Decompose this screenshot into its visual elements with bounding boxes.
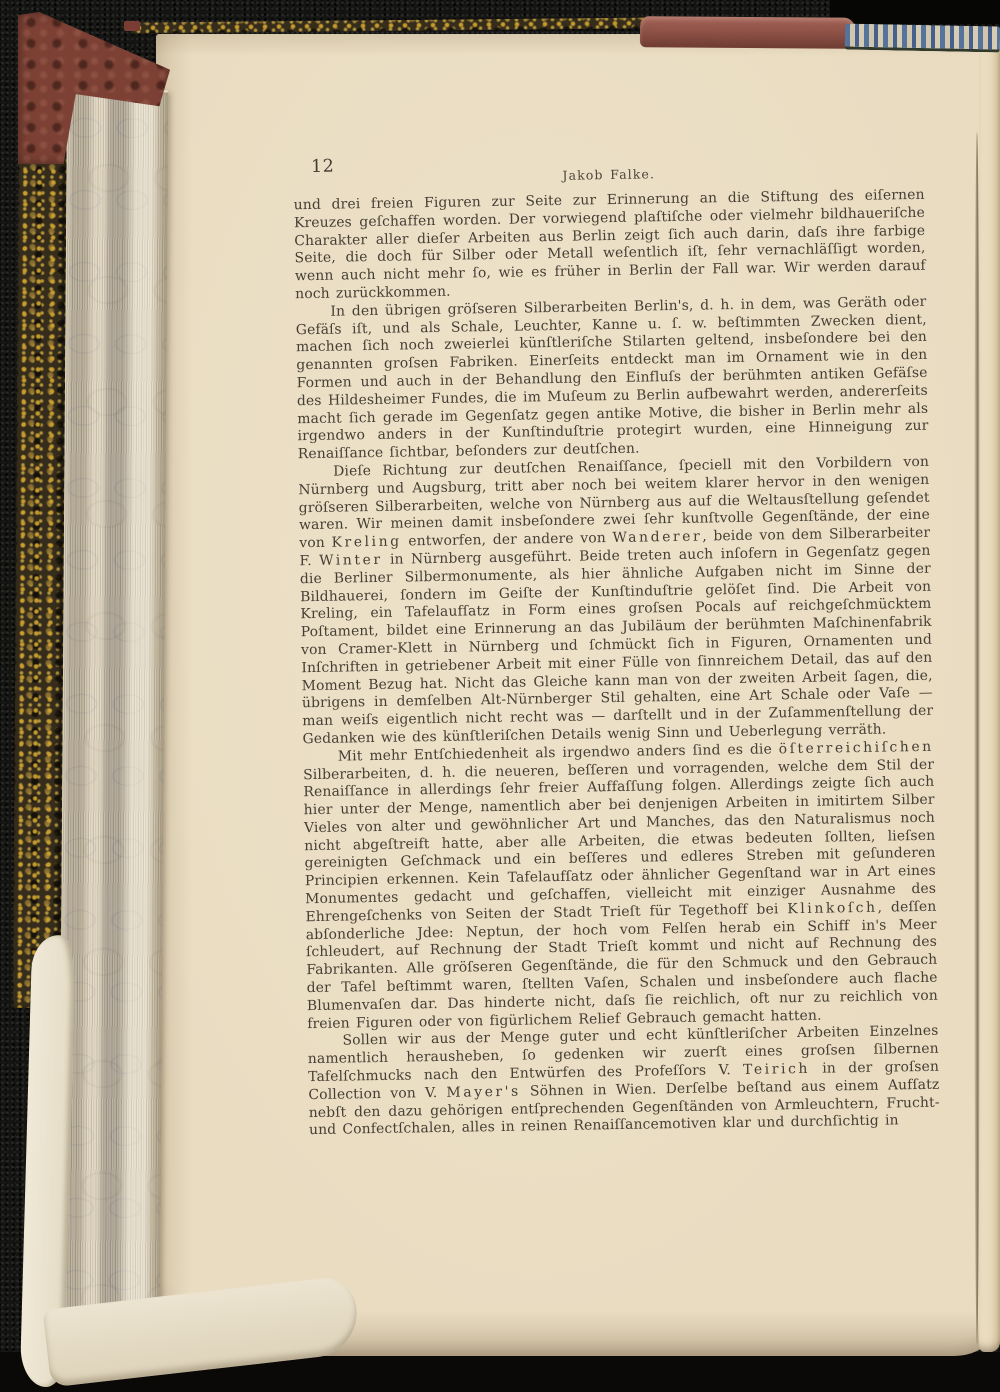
paragraph: Dieſe Richtung zur deutſchen Renaiſſance… [298,454,934,749]
paragraph: Sollen wir aus der Menge guter und echt … [307,1023,940,1140]
running-header: Jakob Falke. [293,161,924,189]
leather-edge-fragment [124,21,140,31]
emphasized-name: Mayer's [446,1083,521,1100]
scanner-bed-top [830,0,1000,24]
emphasized-name: öſterreichiſchen [779,738,934,757]
emphasized-name: Kreling [331,534,401,551]
marbled-cover-edge-top [132,17,654,33]
paragraph: Mit mehr Entſchiedenheit als irgendwo an… [303,738,939,1033]
page-text-block: 12 Jakob Falke. und drei freien Figuren … [293,145,940,1141]
paragraphs-container: und drei freien Figuren zur Seite zur Er… [294,187,941,1141]
paragraph: In den übrigen gröſseren Silberarbeiten … [295,294,929,465]
text-segment: In den übrigen gröſseren Silberarbeiten … [296,294,929,463]
emphasized-name: Wanderer [612,529,702,546]
adjacent-page-sliver [979,46,1000,1352]
scan-background: { "document": { "page_number": "12", "ru… [0,0,1000,1392]
text-segment: und drei freien Figuren zur Seite zur Er… [294,187,926,302]
emphasized-name: Winter [319,552,383,569]
marbled-cover-edge-left [13,56,68,1008]
text-segment: in Nürnberg ausgeführt. Beide treten auc… [300,543,934,747]
text-segment: entworfen, der andere von [402,530,613,549]
paragraph: und drei freien Figuren zur Seite zur Er… [294,187,927,304]
emphasized-name: Klinkoſch [787,900,878,917]
headband [845,24,1000,53]
emphasized-name: Teirich [743,1061,810,1078]
spine-leather-edge [640,16,856,49]
page-gutter-crease [974,132,980,1344]
